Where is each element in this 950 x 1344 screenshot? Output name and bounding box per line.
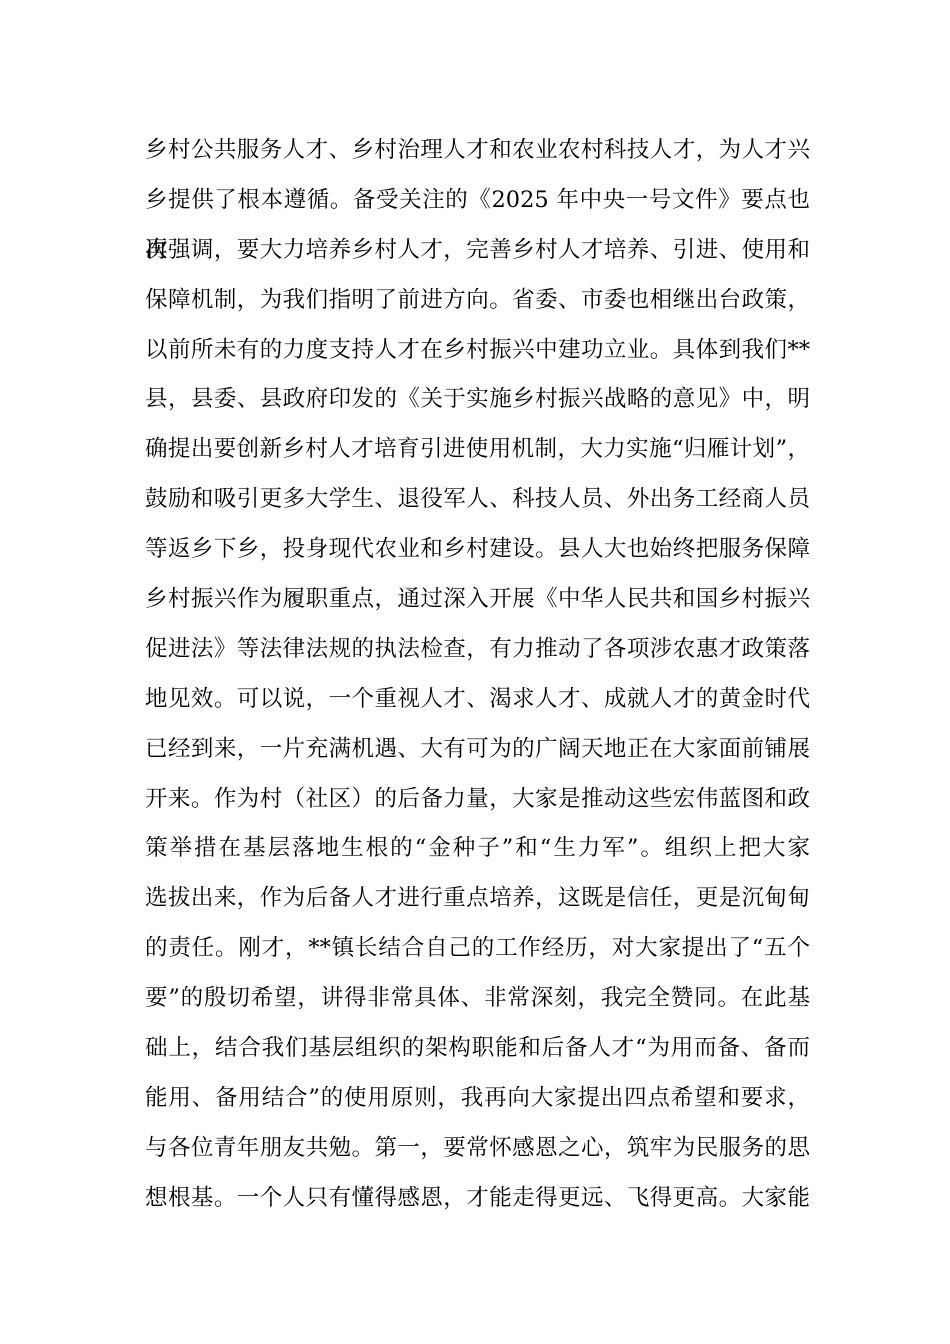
text-line: 地见效。可以说，一个重视人才、渴求人才、成就人才的黄金时代 [145, 675, 810, 725]
text-line: 县，县委、县政府印发的《关于实施乡村振兴战略的意见》中，明 [145, 375, 810, 425]
text-line: 鼓励和吸引更多大学生、退役军人、科技人员、外出务工经商人员 [145, 475, 810, 525]
text-line: 以前所未有的力度支持人才在乡村振兴中建功立业。具体到我们** [145, 326, 810, 376]
text-line: 策举措在基层落地生根的“金种子”和“生力军”。组织上把大家 [145, 824, 810, 874]
text-line: 想根基。一个人只有懂得感恩，才能走得更远、飞得更高。大家能 [145, 1174, 810, 1224]
text-line: 与各位青年朋友共勉。第一，要常怀感恩之心，筑牢为民服务的思 [145, 1124, 810, 1174]
text-line: 乡提供了根本遵循。备受关注的《2025 年中央一号文件》要点也再 [145, 176, 810, 226]
text-line: 确提出要创新乡村人才培育引进使用机制，大力实施“归雁计划”， [145, 425, 810, 475]
text-line: 要”的殷切希望，讲得非常具体、非常深刻，我完全赞同。在此基 [145, 974, 810, 1024]
document-page: 乡村公共服务人才、乡村治理人才和农业农村科技人才，为人才兴乡提供了根本遵循。备受… [0, 0, 950, 1344]
text-line: 础上，结合我们基层组织的架构职能和后备人才“为用而备、备而 [145, 1024, 810, 1074]
text-line: 次强调，要大力培养乡村人才，完善乡村人才培养、引进、使用和 [145, 226, 810, 276]
text-line: 已经到来，一片充满机遇、大有可为的广阔天地正在大家面前铺展 [145, 725, 810, 775]
text-line: 乡村公共服务人才、乡村治理人才和农业农村科技人才，为人才兴 [145, 126, 810, 176]
text-line: 促进法》等法律法规的执法检查，有力推动了各项涉农惠才政策落 [145, 625, 810, 675]
text-line: 能用、备用结合”的使用原则，我再向大家提出四点希望和要求， [145, 1074, 810, 1124]
text-line: 开来。作为村（社区）的后备力量，大家是推动这些宏伟蓝图和政 [145, 775, 810, 825]
text-line: 乡村振兴作为履职重点，通过深入开展《中华人民共和国乡村振兴 [145, 575, 810, 625]
body-text-block: 乡村公共服务人才、乡村治理人才和农业农村科技人才，为人才兴乡提供了根本遵循。备受… [145, 126, 810, 1224]
text-line: 等返乡下乡，投身现代农业和乡村建设。县人大也始终把服务保障 [145, 525, 810, 575]
text-line: 的责任。刚才，**镇长结合自己的工作经历，对大家提出了“五个 [145, 924, 810, 974]
text-line: 选拔出来，作为后备人才进行重点培养，这既是信任，更是沉甸甸 [145, 874, 810, 924]
text-line: 保障机制，为我们指明了前进方向。省委、市委也相继出台政策， [145, 276, 810, 326]
